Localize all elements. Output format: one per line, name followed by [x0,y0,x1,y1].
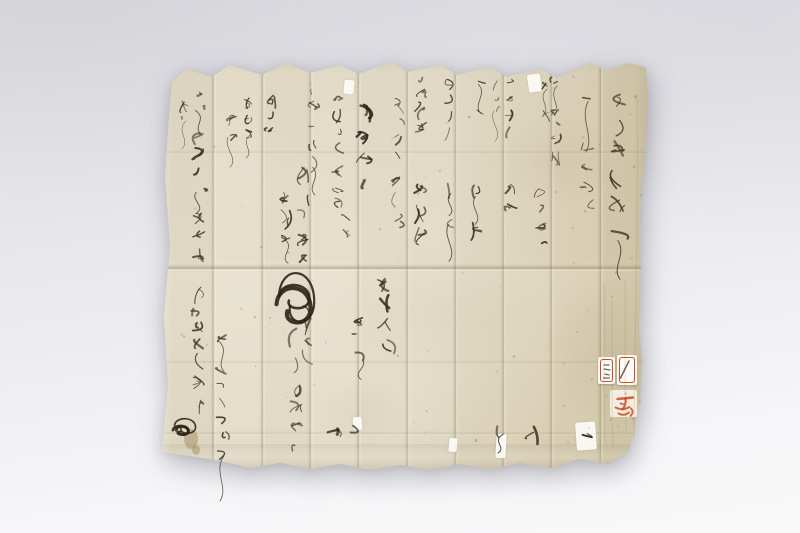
sticker-inner-frame [619,357,635,383]
red-inscription-label [610,390,637,417]
catalog-sticker-left [598,357,615,384]
repair-patch [527,73,542,93]
repair-patch [352,417,362,431]
edge-shading [160,56,652,476]
manuscript-photo [0,0,800,533]
repair-patch [575,421,597,450]
repair-patch [343,80,354,95]
repair-patch [448,438,457,453]
paper-shadow-wrap [160,56,652,476]
manuscript-paper [160,56,652,476]
repair-patch [495,434,506,458]
sticker-inner-frame [600,359,613,382]
catalog-sticker-right [617,355,637,385]
